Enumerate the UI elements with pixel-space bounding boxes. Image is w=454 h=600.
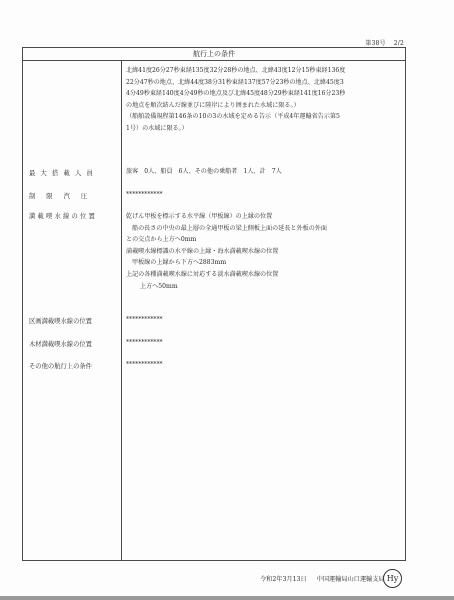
table-header: 航行上の条件 [23, 48, 405, 61]
value-line: との交点から上方へ0mm [126, 234, 402, 246]
navigation-area-text: 北緯41度26分27秒東経135度32分28秒の地点、北緯43度12分15秒東経… [126, 65, 402, 134]
row-label: 木材満載喫水線の位置 [29, 339, 117, 348]
issue-date: 令和2年3月13日 [260, 576, 307, 583]
area-line: 北緯41度26分27秒東経135度32分28秒の地点、北緯43度12分15秒東経… [126, 65, 402, 77]
navigation-conditions-table: 航行上の条件 北緯41度26分27秒東経135度32分28秒の地点、北緯43度1… [22, 47, 406, 561]
issuing-office: 中国運輸局山口運輸支局 [317, 576, 385, 583]
area-line: 4分49秒東経140度4分49秒の地点及び北緯45度48分29秒東経141度16… [126, 88, 402, 100]
value-line: 上記の各種満載喫水線に対応する淡水満載喫水線の位置 [126, 269, 402, 281]
page-count: 2/2 [394, 40, 404, 47]
row-label: 制限汽圧 [29, 191, 117, 200]
row-value: ************ [126, 339, 402, 347]
scan-edge-band [0, 596, 454, 600]
value-line: 満載喫水線標識の水平線の上縁・海水満載喫水線の位置 [126, 246, 402, 258]
page-number: 第38号2/2 [365, 38, 404, 47]
value-line: 甲板線の上縁から下方へ2883mm [126, 257, 402, 269]
row-value: 乾げん甲板を標示する水平線（甲板線）の上縁の位置 船の長さの中央の最上層の全通甲… [126, 211, 402, 292]
row-label: 区画満載喫水線の位置 [29, 316, 117, 325]
row-value: ************ [126, 316, 402, 324]
area-line: 22分47秒の地点、北緯44度38分31秒東経137度57分23秒の地点、北緯4… [126, 77, 402, 89]
row-label: 最大搭載人員 [29, 168, 117, 177]
area-line: 1号）の水域に限る。） [126, 123, 402, 135]
official-seal-icon: Hy [383, 569, 402, 588]
document-number: 第38号 [365, 40, 385, 47]
row-value: 旅客 0人、船員 6人、その他の乗船者 1人、計 7人 [126, 168, 402, 176]
issuer-footer: 令和2年3月13日中国運輸局山口運輸支局 [260, 574, 385, 583]
row-label: 満載喫水線の位置 [29, 213, 117, 221]
row-value: ************ [126, 361, 402, 369]
area-line: （船舶設備規程第146条の10の3の水域を定める告示（平成4年運輸省告示第5 [126, 111, 402, 123]
value-line: 船の長さの中央の最上層の全通甲板の梁上側板上面の延長と外板の外面 [126, 223, 402, 235]
area-line: の地点を順次結んだ線並びに陸岸により囲まれた水域に限る。） [126, 100, 402, 112]
value-line: 上方へ50mm [126, 281, 402, 293]
value-line: 乾げん甲板を標示する水平線（甲板線）の上縁の位置 [126, 211, 402, 223]
row-label: その他の航行上の条件 [29, 361, 117, 370]
table-body: 北緯41度26分27秒東経135度32分28秒の地点、北緯43度12分15秒東経… [23, 61, 405, 561]
row-value: ************ [126, 191, 402, 199]
column-divider [121, 61, 122, 561]
